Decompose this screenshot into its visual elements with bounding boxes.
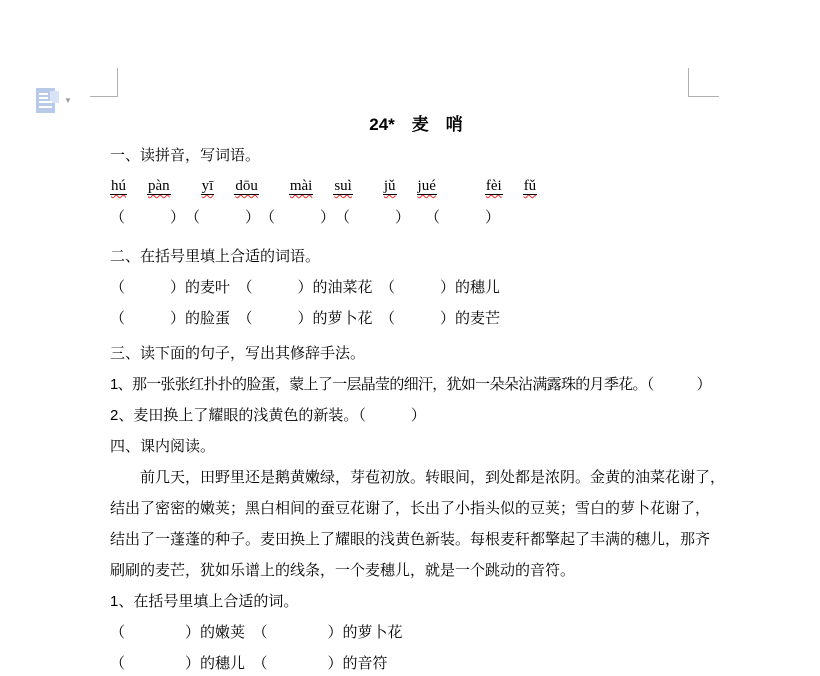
pinyin-text: fèi (485, 178, 503, 195)
pinyin-text: mài (289, 178, 314, 195)
paste-options-button[interactable]: ▼ (36, 88, 72, 113)
pinyin-row: hú pàn yī dōu mài suì jǔ jué fèi fǔ (110, 171, 722, 202)
pinyin-word: pàn (147, 171, 171, 202)
page-margin-corner-right-icon (688, 68, 719, 97)
fill-blank-row: （ ）的嫩荚 （ ）的萝卜花 (110, 617, 722, 648)
page-title: 24* 麦 哨 (110, 110, 722, 140)
section2-heading: 二、在括号里填上合适的词语。 (110, 241, 722, 272)
document-edit-area[interactable]: 24* 麦 哨 一、读拼音，写词语。 hú pàn yī dōu mài suì… (110, 110, 722, 676)
pinyin-text: fǔ (523, 178, 538, 195)
fill-blank-row: （ ）的麦叶 （ ）的油菜花 （ ）的穗儿 (110, 272, 722, 303)
pinyin-word: dōu (234, 171, 259, 202)
dropdown-arrow-icon[interactable]: ▼ (64, 97, 72, 105)
section1-heading: 一、读拼音，写词语。 (110, 140, 722, 171)
passage-line: 结出了一蓬蓬的种子。麦田换上了耀眼的浅黄色新装。每根麦秆都擎起了丰满的穗儿，那齐 (110, 524, 722, 555)
fill-blank-row: （ ）的脸蛋 （ ）的萝卜花 （ ）的麦芒 (110, 303, 722, 334)
pinyin-word: mài (289, 171, 314, 202)
pinyin-word: fèi (485, 171, 503, 202)
pinyin-text: suì (333, 178, 353, 195)
pinyin-text: jǔ (383, 178, 397, 195)
pinyin-text: dōu (234, 178, 259, 195)
sentence-item: 2、麦田换上了耀眼的浅黄色的新装。（ ） (110, 400, 722, 431)
paste-icon-line (39, 97, 48, 99)
paste-icon-line (39, 93, 48, 95)
pinyin-word: hú (110, 171, 127, 202)
pinyin-text: pàn (147, 178, 171, 195)
pinyin-text: yī (201, 178, 215, 195)
passage-line: 结出了密密的嫩荚；黑白相间的蚕豆花谢了，长出了小指头似的豆荚；雪白的萝卜花谢了， (110, 493, 722, 524)
pinyin-word: jǔ (383, 171, 397, 202)
section3-heading: 三、读下面的句子，写出其修辞手法。 (110, 338, 722, 369)
pinyin-word: yī (201, 171, 215, 202)
passage-line: 刷刷的麦芒，犹如乐谱上的线条，一个麦穗儿，就是一个跳动的音符。 (110, 555, 722, 586)
fill-blank-row: （ ）的穗儿 （ ）的音符 (110, 648, 722, 676)
passage-line: 前几天，田野里还是鹅黄嫩绿，芽苞初放。转眼间，到处都是浓阴。金黄的油菜花谢了， (110, 462, 722, 493)
paste-icon[interactable] (36, 88, 55, 113)
section4-heading: 四、课内阅读。 (110, 431, 722, 462)
pinyin-word: jué (417, 171, 437, 202)
pinyin-word: suì (333, 171, 353, 202)
word-document-view: ▼ 24* 麦 哨 一、读拼音，写词语。 hú pàn yī dōu mài s… (0, 0, 820, 676)
page-margin-corner-left-icon (90, 68, 118, 97)
sub-question: 1、在括号里填上合适的词。 (110, 586, 722, 617)
paste-icon-line (39, 106, 52, 108)
pinyin-text: hú (110, 178, 127, 195)
pinyin-text: jué (417, 178, 437, 195)
answer-brackets-row: （ ） （ ） （ ） （ ） （ ） (110, 202, 722, 233)
sentence-item: 1、那一张张红扑扑的脸蛋，蒙上了一层晶莹的细汗，犹如一朵朵沾满露珠的月季花。（ … (110, 369, 722, 400)
pinyin-word: fǔ (523, 171, 538, 202)
paste-icon-line (39, 101, 52, 103)
